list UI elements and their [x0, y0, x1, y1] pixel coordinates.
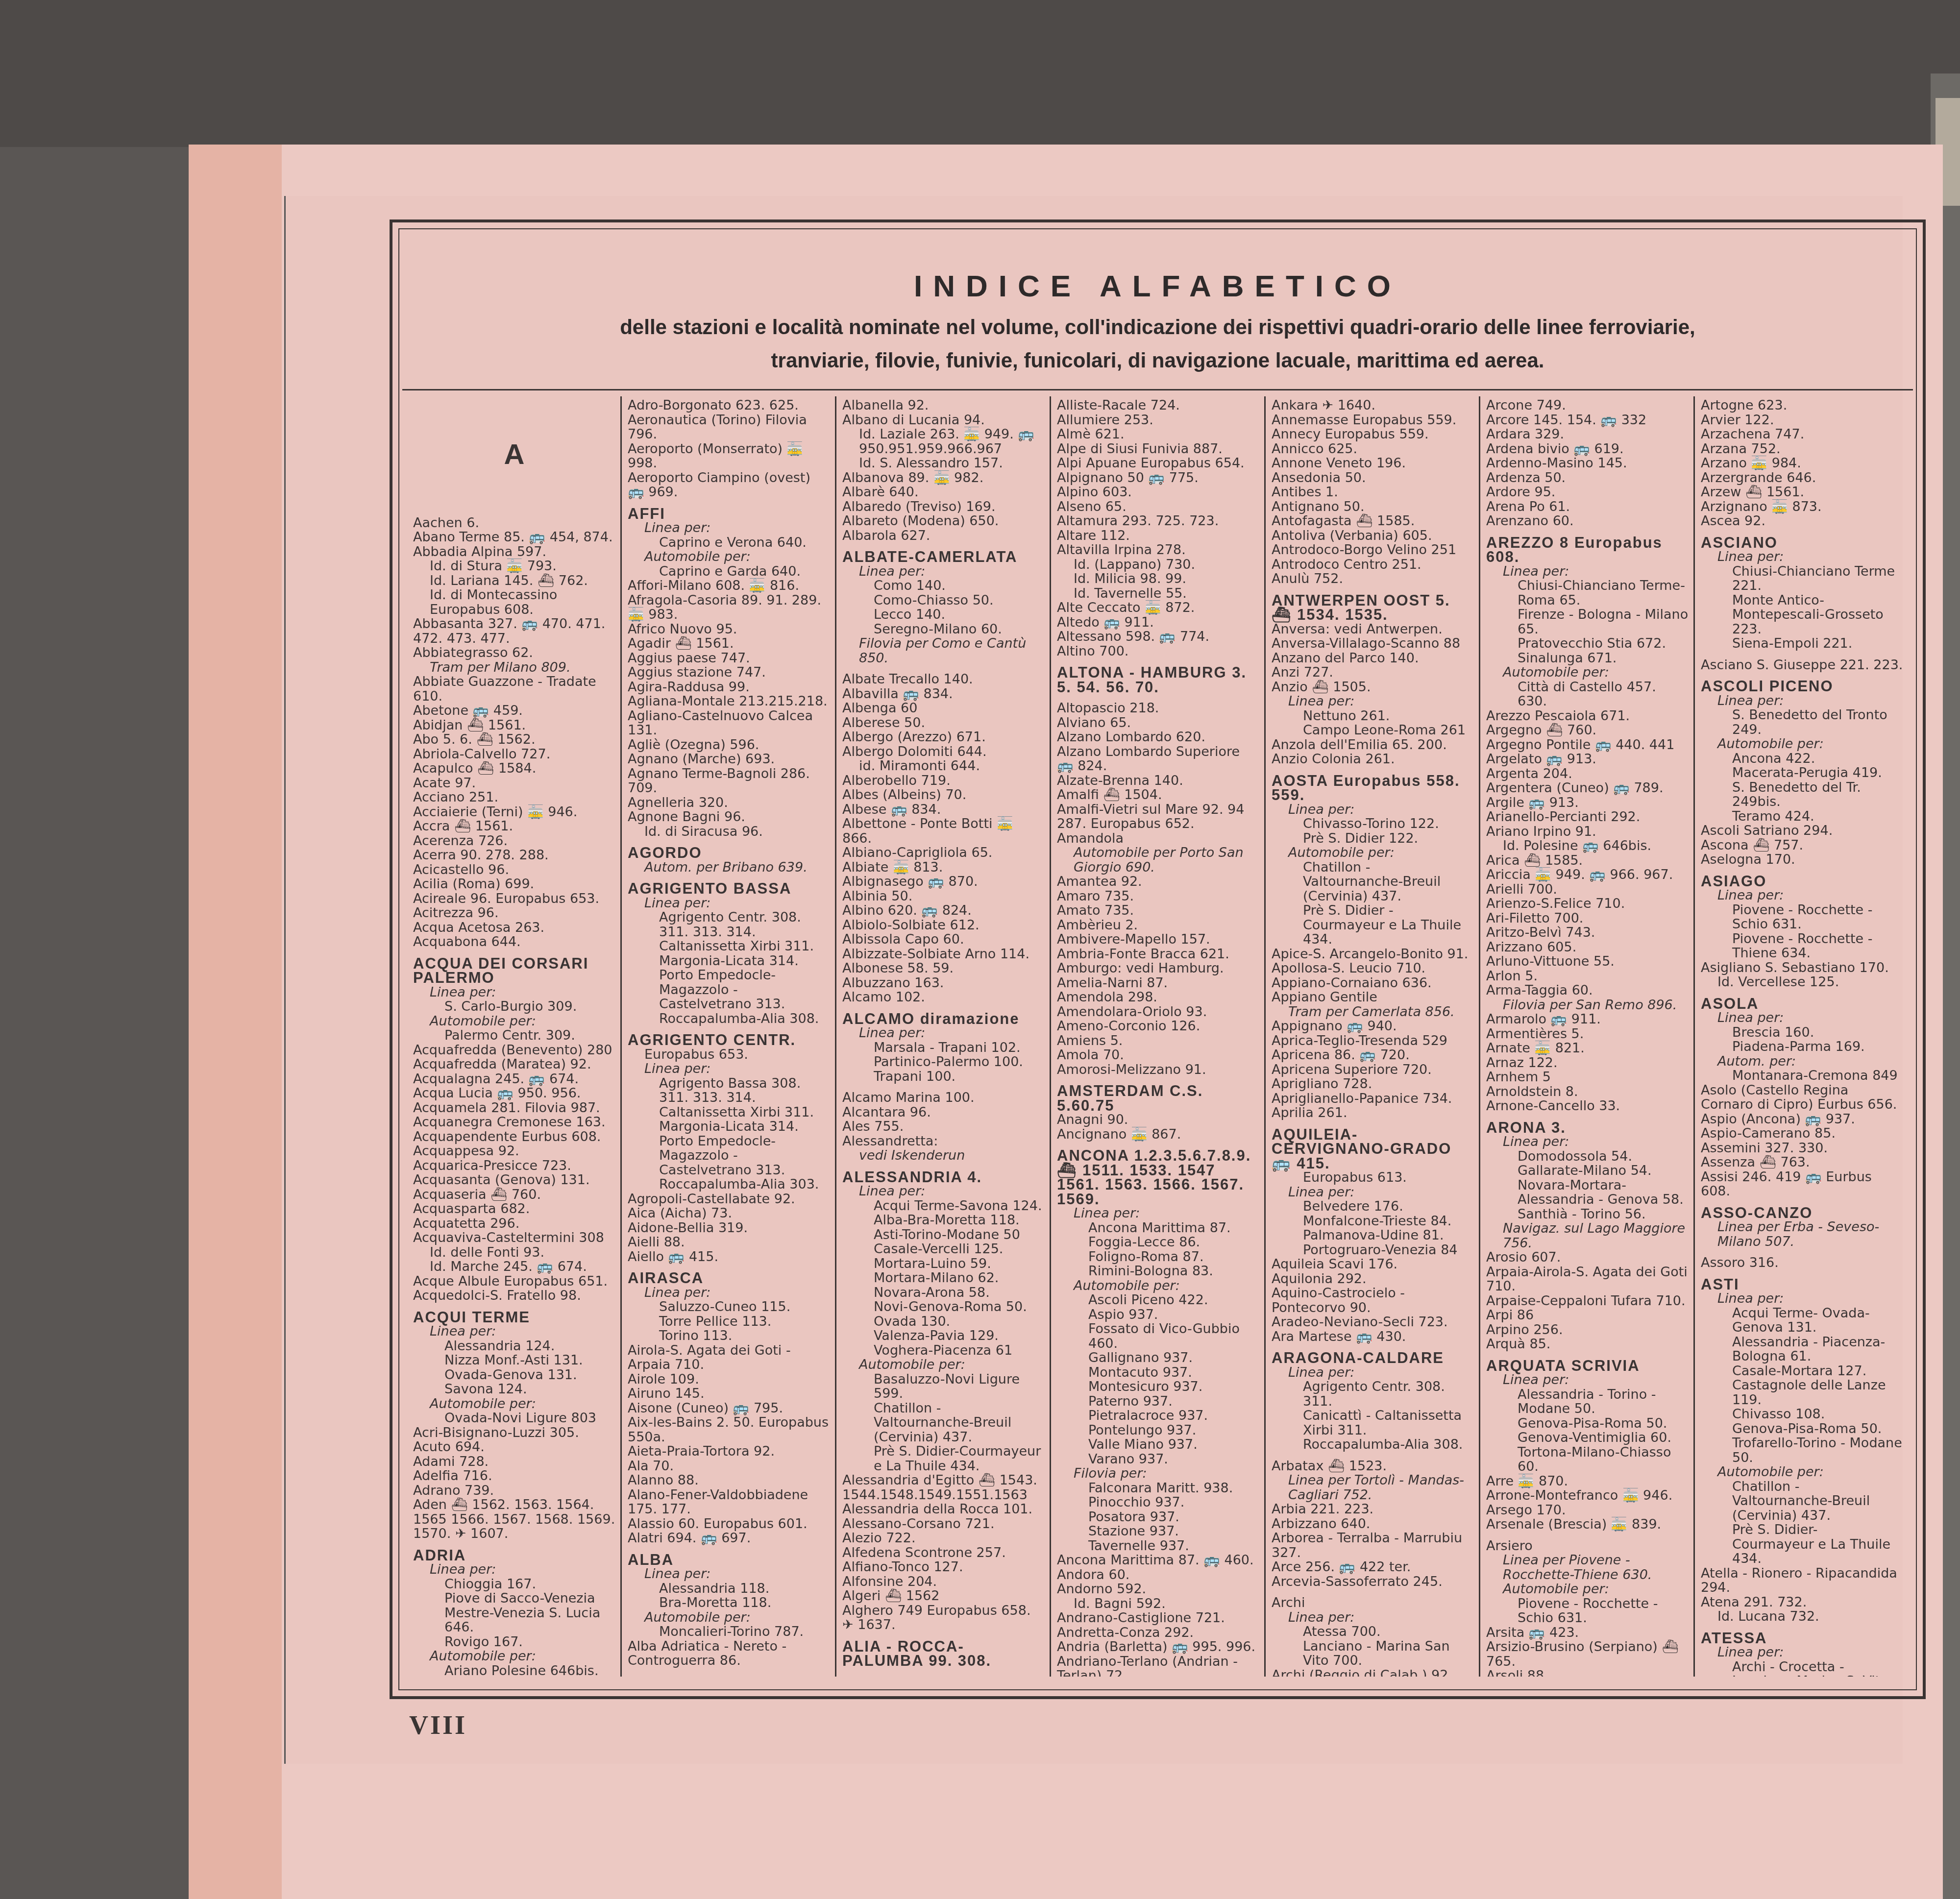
index-entry: Argenta 204. [1486, 767, 1689, 781]
index-entry: Porto Empedocle-Magazzolo - Castelvetran… [628, 968, 830, 1012]
index-entry: Amola 70. [1057, 1048, 1259, 1063]
index-entry: Acquafredda (Maratea) 92. [413, 1057, 615, 1072]
index-entry: Annone Veneto 196. [1272, 456, 1474, 471]
index-entry: Acerra 90. 278. 288. [413, 848, 615, 863]
index-entry: Filovia per San Remo 896. [1486, 998, 1689, 1013]
index-entry: Arzana 752. [1701, 442, 1903, 457]
index-entry: Marsala - Trapani 102. [842, 1041, 1045, 1055]
index-entry: Linea per: [628, 896, 830, 911]
index-entry: Andriano-Terlano (Andrian - Terlan) 72. [1057, 1655, 1259, 1677]
index-entry: Linea per: [1272, 1610, 1474, 1625]
index-entry: Andora 60. [1057, 1568, 1259, 1582]
index-entry: Alpi Apuane Europabus 654. [1057, 456, 1259, 471]
index-entry: Albergo Dolomiti 644. [842, 745, 1045, 759]
index-entry: Antignano 50. [1272, 500, 1474, 514]
index-entry: Aprigliano 728. [1272, 1077, 1474, 1092]
index-entry: Abo 5. 6. ⛴ 1562. [413, 732, 615, 747]
index-entry: Trofarello-Torino - Modane 50. [1701, 1436, 1903, 1465]
index-entry: Fossato di Vico-Gubbio 460. [1057, 1322, 1259, 1351]
index-entry: Artogne 623. [1701, 398, 1903, 413]
index-entry: Valle Miano 937. [1057, 1437, 1259, 1452]
index-entry: Automobile per: [1701, 737, 1903, 752]
index-entry: Ascea 92. [1701, 514, 1903, 529]
index-entry: Trapani 100. [842, 1070, 1045, 1084]
index-entry: Navigaz. sul Lago Maggiore 756. [1486, 1221, 1689, 1250]
index-entry: Como-Chiasso 50. [842, 593, 1045, 608]
index-entry: Partinico-Palermo 100. [842, 1055, 1045, 1070]
index-entry: Archi (Reggio di Calab.) 92 [1272, 1668, 1474, 1677]
index-entry: Acapulco ⛴ 1584. [413, 761, 615, 776]
index-column-2: Adro-Borgonato 623. 625.Aeronautica (Tor… [620, 396, 835, 1677]
index-entry: Affori-Milano 608. 🚋 816. [628, 579, 830, 593]
index-entry: Lanciano - Marina San Vito 700. [1272, 1639, 1474, 1668]
index-entry: Albavilla 🚌 834. [842, 687, 1045, 702]
index-entry: Como 140. [842, 579, 1045, 593]
index-entry: Arzew ⛴ 1561. [1701, 485, 1903, 500]
index-entry: Acquabona 644. [413, 935, 615, 949]
index-entry: Ardena bivio 🚌 619. [1486, 442, 1689, 457]
index-entry: Alba Adriatica - Nereto - Controguerra 8… [628, 1639, 830, 1668]
index-entry: Antofagasta ⛴ 1585. [1272, 514, 1474, 529]
index-entry: Antrodoco-Borgo Velino 251 [1272, 543, 1474, 558]
index-entry: Linea per: [1486, 1135, 1689, 1149]
index-entry: Aggius paese 747. [628, 651, 830, 666]
index-entry: Alessandria 118. [628, 1582, 830, 1596]
index-entry: Alberobello 719. [842, 774, 1045, 788]
index-column-4: Alliste-Racale 724.Allumiere 253.Almè 62… [1050, 396, 1264, 1677]
index-entry: Basaluzzo-Novi Ligure 599. [842, 1372, 1045, 1401]
index-entry: Aielli 88. [628, 1235, 830, 1250]
index-entry: Caprino e Verona 640. [628, 536, 830, 550]
index-heading-entry: ACQUA DEI CORSARI PALERMO [413, 956, 615, 985]
index-entry: Arienzo-S.Felice 710. [1486, 897, 1689, 911]
index-entry: Atessa 700. [1272, 1625, 1474, 1639]
index-entry: Adami 728. [413, 1455, 615, 1469]
index-column-6: Arcone 749.Arcore 145. 154. 🚌 332Ardara … [1479, 396, 1693, 1677]
index-entry: Automobile per: [413, 1014, 615, 1029]
index-entry: Alassio 60. Europabus 601. [628, 1517, 830, 1532]
index-entry: Linea per: [628, 521, 830, 536]
index-entry: Montesicuro 937. [1057, 1380, 1259, 1394]
index-entry: Filovia per Como e Cantù 850. [842, 636, 1045, 665]
index-entry: Almè 621. [1057, 427, 1259, 442]
index-entry: Andria (Barletta) 🚌 995. 996. [1057, 1640, 1259, 1655]
index-entry: Argelato 🚌 913. [1486, 752, 1689, 767]
index-entry: Id. Vercellese 125. [1701, 975, 1903, 990]
index-entry: Alessandria - Piacenza-Bologna 61. [1701, 1335, 1903, 1364]
index-entry: Acicastello 96. [413, 863, 615, 877]
index-entry: Alice Belcolle 131 [842, 1675, 1045, 1677]
index-entry: Aselogna 170. [1701, 852, 1903, 867]
index-entry: Acqua Lucia 🚌 950. 956. [413, 1086, 615, 1101]
index-entry: Linea per: [1272, 694, 1474, 709]
index-entry: Automobile per: [413, 1649, 615, 1664]
index-heading-entry: AIRASCA [628, 1271, 830, 1286]
index-heading-entry: AGRIGENTO CENTR. [628, 1033, 830, 1047]
index-entry: Altedo 🚌 911. [1057, 615, 1259, 630]
index-entry: Automobile per: [413, 1397, 615, 1412]
index-entry: Arsoli 88. [1486, 1669, 1689, 1677]
index-entry: Altamura 293. 725. 723. [1057, 514, 1259, 529]
index-entry: Ari-Filetto 700. [1486, 911, 1689, 926]
index-entry: Novara-Mortara-Alessandria - Genova 58. [1486, 1178, 1689, 1207]
index-entry: Linea per: [1701, 694, 1903, 708]
index-entry: Assoro 316. [1701, 1256, 1903, 1270]
index-entry: Castagnole delle Lanze 119. [1701, 1378, 1903, 1407]
index-entry: Ancona 422. [1701, 752, 1903, 766]
index-entry: Linea per: [413, 985, 615, 1000]
index-entry: Chioggia 167. [413, 1577, 615, 1592]
index-entry: Nizza Monf.-Asti 131. [413, 1353, 615, 1368]
index-entry: Linea per: [628, 1062, 830, 1076]
index-entry: Arbia 221. 223. [1272, 1502, 1474, 1517]
index-entry: Albuzzano 163. [842, 976, 1045, 991]
index-entry: Agliano-Castelnuovo Calcea 131. [628, 709, 830, 738]
index-entry: Alfedena Scontrone 257. [842, 1546, 1045, 1560]
index-entry: Alcamo 102. [842, 990, 1045, 1005]
index-entry: Appiano Gentile [1272, 990, 1474, 1005]
index-entry: Alfonsine 204. [842, 1575, 1045, 1589]
index-entry: Gallignano 937. [1057, 1351, 1259, 1365]
index-entry: Falconara Maritt. 938. [1057, 1481, 1259, 1496]
index-entry: Torre Pellice 113. [628, 1315, 830, 1329]
index-entry: Albese 🚌 834. [842, 803, 1045, 817]
index-entry: Monte Antico-Montepescali-Grosseto 223. [1701, 593, 1903, 637]
index-entry: Alte Ceccato 🚋 872. [1057, 601, 1259, 615]
index-entry: Aeronautica (Torino) Filovia 796. [628, 413, 830, 442]
index-entry: Ariano Polesine 646bis. [413, 1664, 615, 1677]
index-entry: Alanno 88. [628, 1473, 830, 1488]
index-entry: Linea per: [1272, 1365, 1474, 1380]
index-entry: Albiolo-Solbiate 612. [842, 918, 1045, 933]
index-entry: Linea per: [842, 1184, 1045, 1199]
index-entry: Arnoldstein 8. [1486, 1085, 1689, 1099]
index-entry: Adelfia 716. [413, 1469, 615, 1484]
index-entry: Aeroporto Ciampino (ovest) 🚌 969. [628, 471, 830, 500]
page-title: INDICE ALFABETICO [392, 269, 1923, 304]
index-entry: Sinalunga 671. [1486, 651, 1689, 666]
index-entry: Aidone-Bellia 319. [628, 1221, 830, 1236]
index-entry: Abetone 🚌 459. [413, 704, 615, 718]
index-heading-entry: AMSTERDAM C.S. 5.60.75 [1057, 1084, 1259, 1113]
index-entry: Anversa: vedi Antwerpen. [1272, 622, 1474, 637]
index-entry: Acciano 251. [413, 790, 615, 805]
index-entry: Tavernelle 937. [1057, 1539, 1259, 1554]
index-entry: Seregno-Milano 60. [842, 622, 1045, 637]
index-entry: Adro-Borgonato 623. 625. [628, 398, 830, 413]
index-entry: Arpino 256. [1486, 1323, 1689, 1338]
index-entry: Altopascio 218. [1057, 701, 1259, 716]
index-entry: Alessandria della Rocca 101. [842, 1502, 1045, 1517]
index-entry: Assisi 246. 419 🚌 Eurbus 608. [1701, 1170, 1903, 1199]
index-entry: Albanella 92. [842, 398, 1045, 413]
index-entry: Argegno ⛴ 760. [1486, 723, 1689, 738]
index-entry: Siena-Empoli 221. [1701, 636, 1903, 651]
index-entry: Id. delle Fonti 93. [413, 1245, 615, 1260]
index-entry: Albenga 60 [842, 701, 1045, 716]
index-entry: Chiusi-Chianciano Terme-Roma 65. [1486, 579, 1689, 608]
index-entry: Albano di Lucania 94. [842, 413, 1045, 428]
index-heading-entry: AGORDO [628, 846, 830, 860]
index-entry: Novi-Genova-Roma 50. [842, 1300, 1045, 1315]
index-entry: Valenza-Pavia 129. [842, 1329, 1045, 1343]
index-entry: Id. Laziale 263. 🚋 949. 🚌 950.951.959.96… [842, 427, 1045, 456]
index-entry: Alessandria - Torino - Modane 50. [1486, 1388, 1689, 1416]
index-entry: Arsenale (Brescia) 🚋 839. [1486, 1517, 1689, 1532]
index-entry: Acquasparta 682. [413, 1202, 615, 1217]
index-entry: Arosio 607. [1486, 1250, 1689, 1265]
index-entry: Albissola Capo 60. [842, 932, 1045, 947]
index-heading-entry: ANTWERPEN OOST 5. ⛴ 1534. 1535. [1272, 593, 1474, 622]
index-entry: Ancignano 🚋 867. [1057, 1127, 1259, 1142]
index-entry: Margonia-Licata 314. [628, 1120, 830, 1134]
index-entry: Agnone Bagni 96. [628, 810, 830, 825]
index-heading-entry: ASSO-CANZO [1701, 1206, 1903, 1220]
index-entry: Linea per Piovene - Rocchette-Thiene 630… [1486, 1553, 1689, 1582]
index-heading-entry: ALTONA - HAMBURG 3. 5. 54. 56. 70. [1057, 665, 1259, 694]
index-entry: Ascoli Piceno 422. [1057, 1293, 1259, 1308]
index-entry: Rovigo 167. [413, 1635, 615, 1650]
index-entry: Ariano Irpino 91. [1486, 825, 1689, 839]
index-entry: Acque Albule Europabus 651. [413, 1274, 615, 1289]
index-column-1: A Aachen 6.Abano Terme 85. 🚌 454, 874.Ab… [407, 396, 620, 1677]
index-entry: Acquaviva-Casteltermini 308 [413, 1231, 615, 1245]
index-heading-entry: ALIA - ROCCA-PALUMBA 99. 308. [842, 1639, 1045, 1668]
index-entry: Aritzo-Belvì 743. [1486, 925, 1689, 940]
index-entry: Torino 113. [628, 1329, 830, 1343]
index-entry: Andrano-Castiglione 721. [1057, 1611, 1259, 1626]
index-entry: Assemini 327. 330. [1701, 1141, 1903, 1156]
index-entry: Arenzano 60. [1486, 514, 1689, 529]
index-entry: Albareto (Modena) 650. [842, 514, 1045, 529]
index-entry: Alessandria d'Egitto ⛴ 1543. 1544.1548.1… [842, 1473, 1045, 1502]
index-entry: Varano 937. [1057, 1452, 1259, 1467]
index-heading-entry: ALESSANDRIA 4. [842, 1170, 1045, 1185]
index-entry: Andretta-Conza 292. [1057, 1626, 1259, 1640]
index-entry: Ovada-Genova 131. [413, 1368, 615, 1383]
index-entry: Saluzzo-Cuneo 115. [628, 1300, 830, 1315]
index-entry: Ardore 95. [1486, 485, 1689, 500]
index-entry: Acilia (Roma) 699. [413, 877, 615, 892]
index-entry: Amato 735. [1057, 903, 1259, 918]
index-entry: Appiano-Cornaiano 636. [1272, 976, 1474, 991]
index-entry: Anulù 752. [1272, 572, 1474, 586]
index-entry: Altessano 598. 🚌 774. [1057, 630, 1259, 644]
index-entry: Amalfi-Vietri sul Mare 92. 94 287. Europ… [1057, 803, 1259, 831]
index-entry: Alatri 694. 🚌 697. [628, 1531, 830, 1546]
index-entry: Linea per: [1272, 1185, 1474, 1200]
index-entry: Albarola 627. [842, 529, 1045, 543]
index-entry: Pinocchio 937. [1057, 1495, 1259, 1510]
index-entry: Arcone 749. [1486, 398, 1689, 413]
index-entry: Antibes 1. [1272, 485, 1474, 500]
index-entry: Pietralacroce 937. [1057, 1409, 1259, 1423]
index-entry: Linea per: [413, 1562, 615, 1577]
index-entry: S. Benedetto del Tr. 249bis. [1701, 780, 1903, 809]
index-entry: Campo Leone-Roma 261 [1272, 723, 1474, 738]
index-entry: Pontelungo 937. [1057, 1423, 1259, 1438]
index-entry: Linea per: [1057, 1206, 1259, 1221]
index-entry: Arzignano 🚋 873. [1701, 500, 1903, 514]
index-entry: Id. Lucana 732. [1701, 1609, 1903, 1624]
index-entry: Annicco 625. [1272, 442, 1474, 457]
index-entry: Arpaise-Ceppaloni Tufara 710. [1486, 1294, 1689, 1309]
index-entry: Alliste-Racale 724. [1057, 398, 1259, 413]
index-entry: Chiusi-Chianciano Terme 221. [1701, 564, 1903, 593]
index-entry: Automobile per: [628, 550, 830, 564]
index-entry: Atella - Rionero - Ripacandida 294. [1701, 1566, 1903, 1595]
index-entry: Arborea - Terralba - Marrubiu 327. [1272, 1531, 1474, 1560]
index-entry: Aden ⛴ 1562. 1563. 1564. 1565 1566. 1567… [413, 1498, 615, 1541]
index-entry: Posatora 937. [1057, 1510, 1259, 1525]
index-entry: Arzergrande 646. [1701, 471, 1903, 486]
index-entry: Agrigento Centr. 308. 311. 313. 314. [628, 910, 830, 939]
index-entry: Ankara ✈ 1640. [1272, 398, 1474, 413]
index-frame: INDICE ALFABETICO delle stazioni e local… [390, 219, 1926, 1699]
index-entry: Tram per Milano 809. [413, 660, 615, 675]
index-entry: Aggius stazione 747. [628, 665, 830, 680]
index-entry: Acate 97. [413, 776, 615, 791]
index-heading-entry: AFFI [628, 507, 830, 521]
index-entry: Anzola dell'Emilia 65. 200. [1272, 738, 1474, 753]
index-entry: Mestre-Venezia S. Lucia 646. [413, 1606, 615, 1635]
index-heading-entry: ASTI [1701, 1277, 1903, 1292]
index-entry: Arena Po 61. [1486, 500, 1689, 514]
index-entry: Id. di Stura 🚋 793. [413, 559, 615, 574]
index-entry: Acri-Bisignano-Luzzi 305. [413, 1426, 615, 1440]
index-entry: Savona 124. [413, 1382, 615, 1397]
index-heading-entry: ADRIA [413, 1548, 615, 1563]
index-entry: Acquanegra Cremonese 163. [413, 1115, 615, 1130]
index-entry: Id. Bagni 592. [1057, 1597, 1259, 1611]
subtitle-line-2: tranviarie, filovie, funivie, funicolari… [771, 349, 1544, 372]
index-entry: Arnhem 5 [1486, 1070, 1689, 1085]
index-entry: Linea per: [1486, 1373, 1689, 1388]
index-entry: Alcamo Marina 100. [842, 1091, 1045, 1105]
index-entry: Domodossola 54. [1486, 1149, 1689, 1164]
index-entry: Ala 70. [628, 1459, 830, 1474]
index-entry: Linea per: [628, 1286, 830, 1300]
index-entry: Voghera-Piacenza 61 [842, 1343, 1045, 1358]
index-entry: Pratovecchio Stia 672. [1486, 636, 1689, 651]
index-entry: Id. di Siracusa 96. [628, 825, 830, 839]
index-entry: Id. Polesine 🚌 646bis. [1486, 839, 1689, 853]
index-entry: Prè S. Didier 122. [1272, 831, 1474, 846]
index-entry: id. Miramonti 644. [842, 759, 1045, 774]
index-entry: Gallarate-Milano 54. [1486, 1164, 1689, 1178]
index-entry: Alzano Lombardo Superiore 🚌 824. [1057, 745, 1259, 774]
index-entry: Agadir ⛴ 1561. [628, 636, 830, 651]
index-heading-entry: ATESSA [1701, 1631, 1903, 1646]
index-entry: Piovene - Rocchette - Thiene 634. [1701, 932, 1903, 961]
index-column-3: Albanella 92.Albano di Lucania 94.Id. La… [835, 396, 1050, 1677]
index-entry: Automobile per: [1272, 846, 1474, 860]
index-entry: Europabus 653. [628, 1047, 830, 1062]
index-heading-entry: ALBATE-CAMERLATA [842, 550, 1045, 564]
index-entry: Archi [1272, 1596, 1474, 1610]
index-entry: Palermo Centr. 309. [413, 1028, 615, 1043]
index-entry: Nettuno 261. [1272, 709, 1474, 724]
index-entry: Alberese 50. [842, 716, 1045, 730]
index-entry: Albate Trecallo 140. [842, 672, 1045, 687]
index-entry: S. Benedetto del Tronto 249. [1701, 708, 1903, 737]
index-entry: Autom. per Bribano 639. [628, 860, 830, 875]
index-entry: Arce 256. 🚌 422 ter. [1272, 1560, 1474, 1575]
index-entry: Anzano del Parco 140. [1272, 651, 1474, 666]
index-entry: Rimini-Bologna 83. [1057, 1264, 1259, 1279]
index-heading-entry: AOSTA Europabus 558. 559. [1272, 774, 1474, 803]
index-entry: Autom. per: [1701, 1054, 1903, 1069]
index-entry: Algeri ⛴ 1562 [842, 1589, 1045, 1604]
index-entry: Acciaierie (Terni) 🚋 946. [413, 805, 615, 820]
index-heading-entry: ACQUI TERME [413, 1310, 615, 1325]
index-entry: Agrigento Centr. 308. 311. [1272, 1380, 1474, 1409]
index-entry: Andorno 592. [1057, 1582, 1259, 1597]
index-entry: Apriglianello-Papanice 734. [1272, 1092, 1474, 1106]
index-entry: Agliè (Ozegna) 596. [628, 738, 830, 753]
index-entry: Arlon 5. [1486, 969, 1689, 984]
index-entry: Linea per: [1701, 1011, 1903, 1025]
index-entry: Id. S. Alessandro 157. [842, 456, 1045, 471]
index-entry: Linea per: [1701, 1645, 1903, 1660]
index-entry: Arrone-Montefranco 🚋 946. [1486, 1488, 1689, 1503]
index-entry: Albanova 89. 🚋 982. [842, 471, 1045, 486]
index-entry: Acquedolci-S. Fratello 98. [413, 1289, 615, 1303]
index-entry: Arbatax ⛴ 1523. [1272, 1459, 1474, 1474]
index-entry: Arizzano 605. [1486, 940, 1689, 955]
index-entry: Arluno-Vittuone 55. [1486, 954, 1689, 969]
index-entry: Automobile per Porto San Giorgio 690. [1057, 846, 1259, 875]
index-entry: Arcevia-Sassoferrato 245. [1272, 1575, 1474, 1589]
index-entry: Anzio ⛴ 1505. [1272, 680, 1474, 695]
index-entry: Alpe di Siusi Funivia 887. [1057, 442, 1259, 457]
index-entry: Agnano (Marche) 693. [628, 752, 830, 767]
index-entry: Acqui Terme- Ovada-Genova 131. [1701, 1306, 1903, 1335]
index-entry: Airole 109. [628, 1372, 830, 1387]
index-entry: Acerenza 726. [413, 834, 615, 849]
index-heading-entry: ARONA 3. [1486, 1120, 1689, 1135]
index-entry: Albaredo (Treviso) 169. [842, 500, 1045, 514]
index-entry: Amandola [1057, 831, 1259, 846]
index-entry: Mortara-Luino 59. [842, 1257, 1045, 1271]
index-entry: Novara-Arona 58. [842, 1286, 1045, 1300]
index-entry: Prè S. Didier-Courmayeur e La Thuile 434… [842, 1444, 1045, 1473]
index-entry: Chatillon - Valtournanche-Breuil (Cervin… [1272, 860, 1474, 904]
index-entry: Ambivere-Mapello 157. [1057, 932, 1259, 947]
index-entry: Armarolo 🚌 911. [1486, 1012, 1689, 1027]
index-entry: Arianello-Percianti 292. [1486, 810, 1689, 825]
index-entry: Acqualagna 245. 🚌 674. [413, 1072, 615, 1087]
page-left-margin [189, 145, 282, 1899]
index-entry: Acqua Acetosa 263. [413, 921, 615, 935]
index-entry: Città di Castello 457. 630. [1486, 680, 1689, 709]
index-entry: Abbadia Alpina 597. [413, 545, 615, 560]
index-entry: Linea per Tortolì - Mandas-Cagliari 752. [1272, 1473, 1474, 1502]
index-entry: Acquappesa 92. [413, 1144, 615, 1159]
index-entry: Arsita 🚌 423. [1486, 1626, 1689, 1640]
index-entry: Arnaz 122. [1486, 1056, 1689, 1071]
index-entry: Montanara-Cremona 849 [1701, 1069, 1903, 1083]
index-entry: Caltanissetta Xirbi 311. [628, 939, 830, 954]
index-entry: Albarè 640. [842, 485, 1045, 500]
index-entry: Alessandretta: [842, 1134, 1045, 1149]
index-entry: Albonese 58. 59. [842, 961, 1045, 976]
index-entry: Ardara 329. [1486, 427, 1689, 442]
index-heading-entry: AREZZO 8 Europabus 608. [1486, 536, 1689, 564]
index-entry: Alzano Lombardo 620. [1057, 730, 1259, 745]
index-entry: Ansedonia 50. [1272, 471, 1474, 486]
index-entry: Albes (Albeins) 70. [842, 788, 1045, 803]
